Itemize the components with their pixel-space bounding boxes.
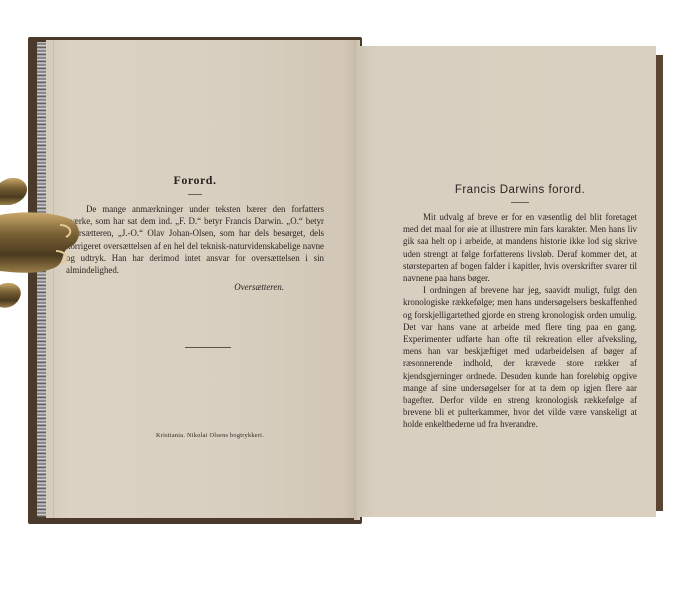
darwin-forord-title: Francis Darwins forord. bbox=[403, 184, 637, 196]
left-page-text: Forord. De mange anmærkninger under teks… bbox=[66, 173, 324, 292]
paragraph-1: Mit udvalg af breve er for en væsentlig … bbox=[403, 211, 637, 284]
section-rule bbox=[185, 347, 231, 348]
book-cover-right-edge bbox=[655, 55, 663, 511]
printer-imprint: Kristiania. Nikolai Olsens bogtrykkeri. bbox=[60, 432, 360, 439]
forord-title: Forord. bbox=[66, 173, 324, 188]
forord-paragraph: De mange anmærkninger under teksten bære… bbox=[66, 203, 324, 276]
title-rule bbox=[188, 194, 202, 195]
right-page-text: Francis Darwins forord. Mit udvalg af br… bbox=[403, 184, 637, 431]
title-rule bbox=[511, 202, 529, 203]
paragraph-2: I ordningen af brevene har jeg, saavidt … bbox=[403, 284, 637, 430]
brass-book-clip-icon bbox=[0, 175, 82, 325]
translator-signature: Oversætteren. bbox=[66, 282, 284, 292]
